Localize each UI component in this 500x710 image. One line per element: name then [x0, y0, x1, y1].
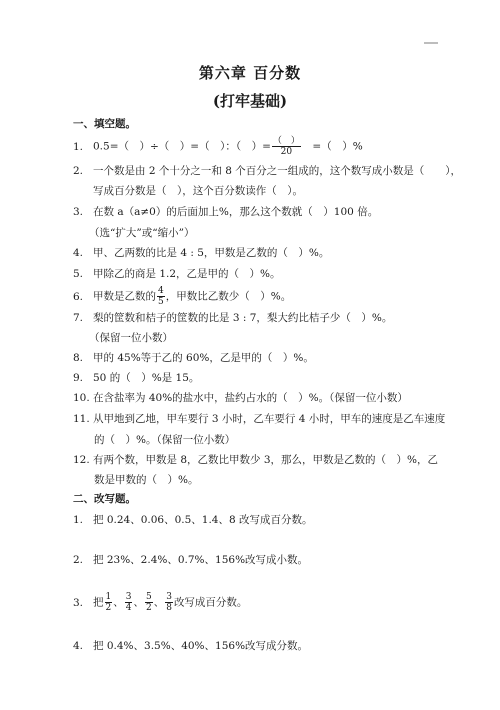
question-number: 7.: [73, 312, 93, 324]
question-1-11-line-2: 的（ ）%。（保留一位小数）: [94, 432, 235, 447]
question-1-2-line-1: 2.一个数是由 2 个十分之一和 8 个百分之一组成的，这个数写成小数是（ ），: [73, 163, 461, 178]
question-number: 1.: [73, 141, 93, 153]
question-1-8: 8.甲的 45%等于乙的 60%，乙是甲的（ ）%。: [73, 350, 314, 365]
question-1-7-line-2: （保留一位小数）: [89, 330, 173, 345]
fraction: 52: [145, 592, 153, 613]
question-text: 一个数是由 2 个十分之一和 8 个百分之一组成的，这个数写成小数是（ ），: [93, 165, 461, 177]
question-number: 1.: [73, 514, 93, 526]
question-text: 把 0.4%、3.5%、40%、156%改写成分数。: [93, 640, 308, 652]
question-number: 8.: [73, 352, 93, 364]
question-text-end: ，甲数比乙数少（ ）%。: [166, 291, 291, 303]
question-1-7-line-1: 7.梨的筐数和桔子的筐数的比是 3 : 7，梨大约比桔子少（ ）%。: [73, 310, 392, 325]
question-text: 在含盐率为 40%的盐水中，盐约占水的（ ）%。（保留一位小数）: [93, 392, 408, 404]
question-text-end: 改写成百分数。: [174, 597, 248, 609]
fraction-numerator: （ ）: [272, 136, 301, 147]
question-number: 2.: [73, 165, 93, 177]
question-1-2-line-2: 写成百分数是（ ），这个百分数读作（ ）。: [93, 183, 303, 198]
question-text: 梨的筐数和桔子的筐数的比是 3 : 7，梨大约比桔子少（ ）%。: [93, 312, 392, 324]
question-1-9: 9.50 的（ ）%是 15。: [73, 370, 199, 385]
separator: 、: [133, 597, 144, 609]
question-text: 把: [93, 597, 104, 609]
fraction: 34: [125, 592, 133, 613]
fraction-denominator: 2: [145, 603, 153, 613]
section-heading-rewrite: 二、改写题。: [73, 491, 136, 506]
fraction: 12: [105, 592, 113, 613]
question-text: 50 的（ ）%是 15。: [93, 372, 199, 384]
question-text: 在数 a（a≠0）的后面加上%，那么这个数就（ ）100 倍。: [93, 206, 378, 218]
question-text: 从甲地到乙地，甲车要行 3 小时，乙车要行 4 小时，甲车的速度是乙车速度: [93, 413, 445, 425]
worksheet-page: 第六章 百分数 (打牢基础) 一、填空题。 1.0.5=（ ）÷（ ）=（ ）：…: [0, 0, 500, 710]
question-text: 有两个数，甲数是 8，乙数比甲数少 3，那么，甲数是乙数的（ ）%，乙: [93, 454, 438, 466]
question-number: 12.: [73, 454, 93, 466]
question-number: 3.: [73, 206, 93, 218]
question-text: 0.5=（ ）÷（ ）=（ ）：（ ）=: [93, 141, 271, 153]
question-text: 甲除乙的商是 1.2，乙是甲的（ ）%。: [93, 268, 281, 280]
question-text: 把 0.24、0.06、0.5、1.4、8 改写成百分数。: [93, 514, 313, 526]
fraction-denominator: 20: [272, 147, 301, 157]
question-2-4: 4.把 0.4%、3.5%、40%、156%改写成分数。: [73, 638, 308, 653]
question-1-5: 5.甲除乙的商是 1.2，乙是甲的（ ）%。: [73, 266, 281, 281]
fraction-denominator: 4: [125, 603, 133, 613]
scan-mark: [424, 42, 438, 44]
question-2-2: 2.把 23%、2.4%、0.7%、156%改写成小数。: [73, 552, 308, 567]
fraction: 45: [157, 286, 165, 307]
question-1-6: 6.甲数是乙数的45，甲数比乙数少（ ）%。: [73, 286, 291, 307]
question-1-4: 4.甲、乙两数的比是 4 : 5，甲数是乙数的（ ）%。: [73, 245, 329, 260]
chapter-title: 第六章 百分数: [0, 62, 500, 83]
question-number: 4.: [73, 640, 93, 652]
question-1-12-line-1: 12.有两个数，甲数是 8，乙数比甲数少 3，那么，甲数是乙数的（ ）%，乙: [73, 452, 438, 467]
fraction-numerator: 4: [157, 286, 165, 297]
fraction-denominator: 5: [157, 297, 165, 307]
question-number: 10.: [73, 392, 93, 404]
section-heading-fill-in: 一、填空题。: [73, 116, 136, 131]
fraction-numerator: 5: [145, 592, 153, 603]
fraction-numerator: 3: [125, 592, 133, 603]
question-2-1: 1.把 0.24、0.06、0.5、1.4、8 改写成百分数。: [73, 512, 313, 527]
fraction: （ ）20: [272, 136, 301, 157]
fraction-numerator: 3: [165, 592, 173, 603]
question-1-11-line-1: 11.从甲地到乙地，甲车要行 3 小时，乙车要行 4 小时，甲车的速度是乙车速度: [73, 411, 445, 426]
fraction-denominator: 8: [165, 603, 173, 613]
question-number: 9.: [73, 372, 93, 384]
question-number: 11.: [73, 413, 93, 425]
question-1-10: 10.在含盐率为 40%的盐水中，盐约占水的（ ）%。（保留一位小数）: [73, 390, 408, 405]
chapter-subtitle: (打牢基础): [0, 90, 500, 111]
question-text: 甲、乙两数的比是 4 : 5，甲数是乙数的（ ）%。: [93, 247, 329, 259]
question-number: 3.: [73, 597, 93, 609]
question-number: 6.: [73, 291, 93, 303]
question-1-3-line-2: （选“扩大”或“缩小”）: [89, 225, 194, 240]
question-1-3-line-1: 3.在数 a（a≠0）的后面加上%，那么这个数就（ ）100 倍。: [73, 204, 378, 219]
separator: 、: [113, 597, 124, 609]
question-2-3: 3.把12、34、52、38改写成百分数。: [73, 592, 247, 613]
question-1-1: 1.0.5=（ ）÷（ ）=（ ）：（ ）=（ ）20 =（ ）%: [73, 136, 363, 157]
fraction-denominator: 2: [105, 603, 113, 613]
question-text: 甲数是乙数的: [93, 291, 156, 303]
separator: 、: [154, 597, 165, 609]
fraction: 38: [165, 592, 173, 613]
question-number: 5.: [73, 268, 93, 280]
question-number: 2.: [73, 554, 93, 566]
question-text-end: =（ ）%: [302, 141, 363, 153]
question-text: 把 23%、2.4%、0.7%、156%改写成小数。: [93, 554, 308, 566]
fraction-numerator: 1: [105, 592, 113, 603]
question-1-12-line-2: 数是甲数的（ ）%。: [94, 472, 198, 487]
question-text: 甲的 45%等于乙的 60%，乙是甲的（ ）%。: [93, 352, 314, 364]
question-number: 4.: [73, 247, 93, 259]
